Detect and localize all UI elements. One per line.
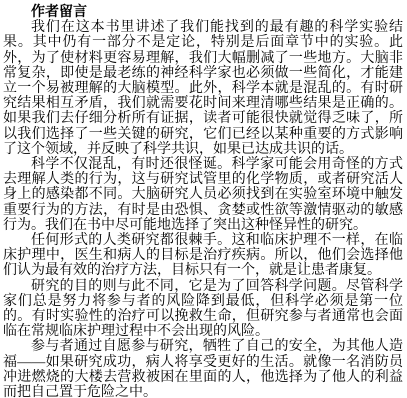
paragraph-3: 任何形式的人类研究都很棘手。这和临床护理不一样，在临床护理中，医生和病人的目标是… — [3, 233, 403, 279]
paragraph-4: 研究的目的则与此不同，它是为了回答科学问题。尽管科学家们总是努力将参与者的风险降… — [3, 279, 403, 340]
paragraph-2: 科学不仅混乱，有时还很怪诞。科学家可能会用奇怪的方式去理解人类的行为，这与研究试… — [3, 157, 403, 233]
paragraph-1: 我们在这本书里讲述了我们能找到的最有趣的科学实验结果。其中仍有一部分不是定论，特… — [3, 20, 403, 157]
document-page: 作者留言 我们在这本书里讲述了我们能找到的最有趣的科学实验结果。其中仍有一部分不… — [0, 0, 407, 398]
paragraph-5: 参与者通过自愿参与研究，牺牲了自己的安全，为其他人造福——如果研究成功，病人将享… — [3, 339, 403, 398]
page-title: 作者留言 — [3, 5, 403, 20]
